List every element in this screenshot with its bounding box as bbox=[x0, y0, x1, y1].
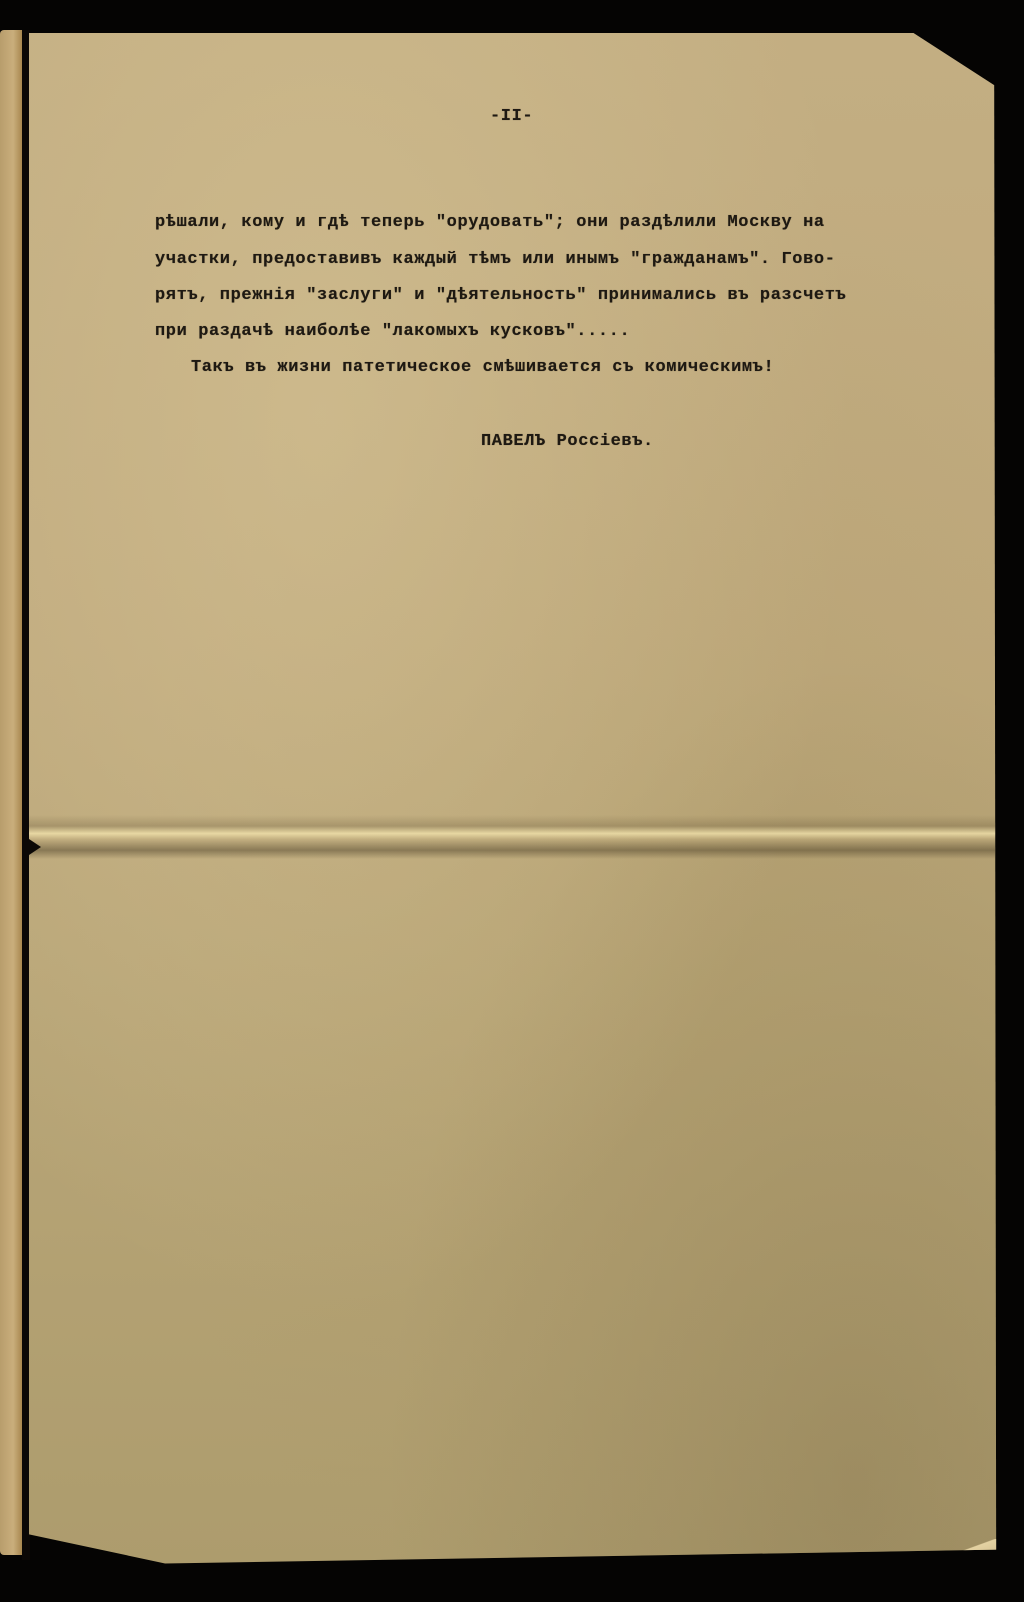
page-number: -II- bbox=[490, 107, 533, 126]
text-line: рѣшали, кому и гдѣ теперь "орудовать"; о… bbox=[155, 213, 825, 232]
text-line: рятъ, прежнія "заслуги" и "дѣятельность"… bbox=[155, 286, 846, 305]
text-line: при раздачѣ наиболѣе "лакомыхъ кусковъ".… bbox=[155, 322, 630, 341]
author-signature: ПАВЕЛЪ Россiевъ. bbox=[481, 432, 654, 451]
text-line: Такъ въ жизни патетическое смѣшивается с… bbox=[191, 358, 774, 377]
curled-corner bbox=[941, 1539, 1001, 1565]
fold-notch bbox=[29, 839, 41, 855]
typewritten-page: -II- рѣшали, кому и гдѣ теперь "орудоват… bbox=[29, 33, 1001, 1565]
adjacent-page-edge bbox=[0, 30, 22, 1555]
text-line: участки, предоставивъ каждый тѣмъ или ин… bbox=[155, 250, 836, 269]
binding-spine bbox=[22, 30, 30, 1560]
paper-fold-crease bbox=[29, 815, 1001, 859]
